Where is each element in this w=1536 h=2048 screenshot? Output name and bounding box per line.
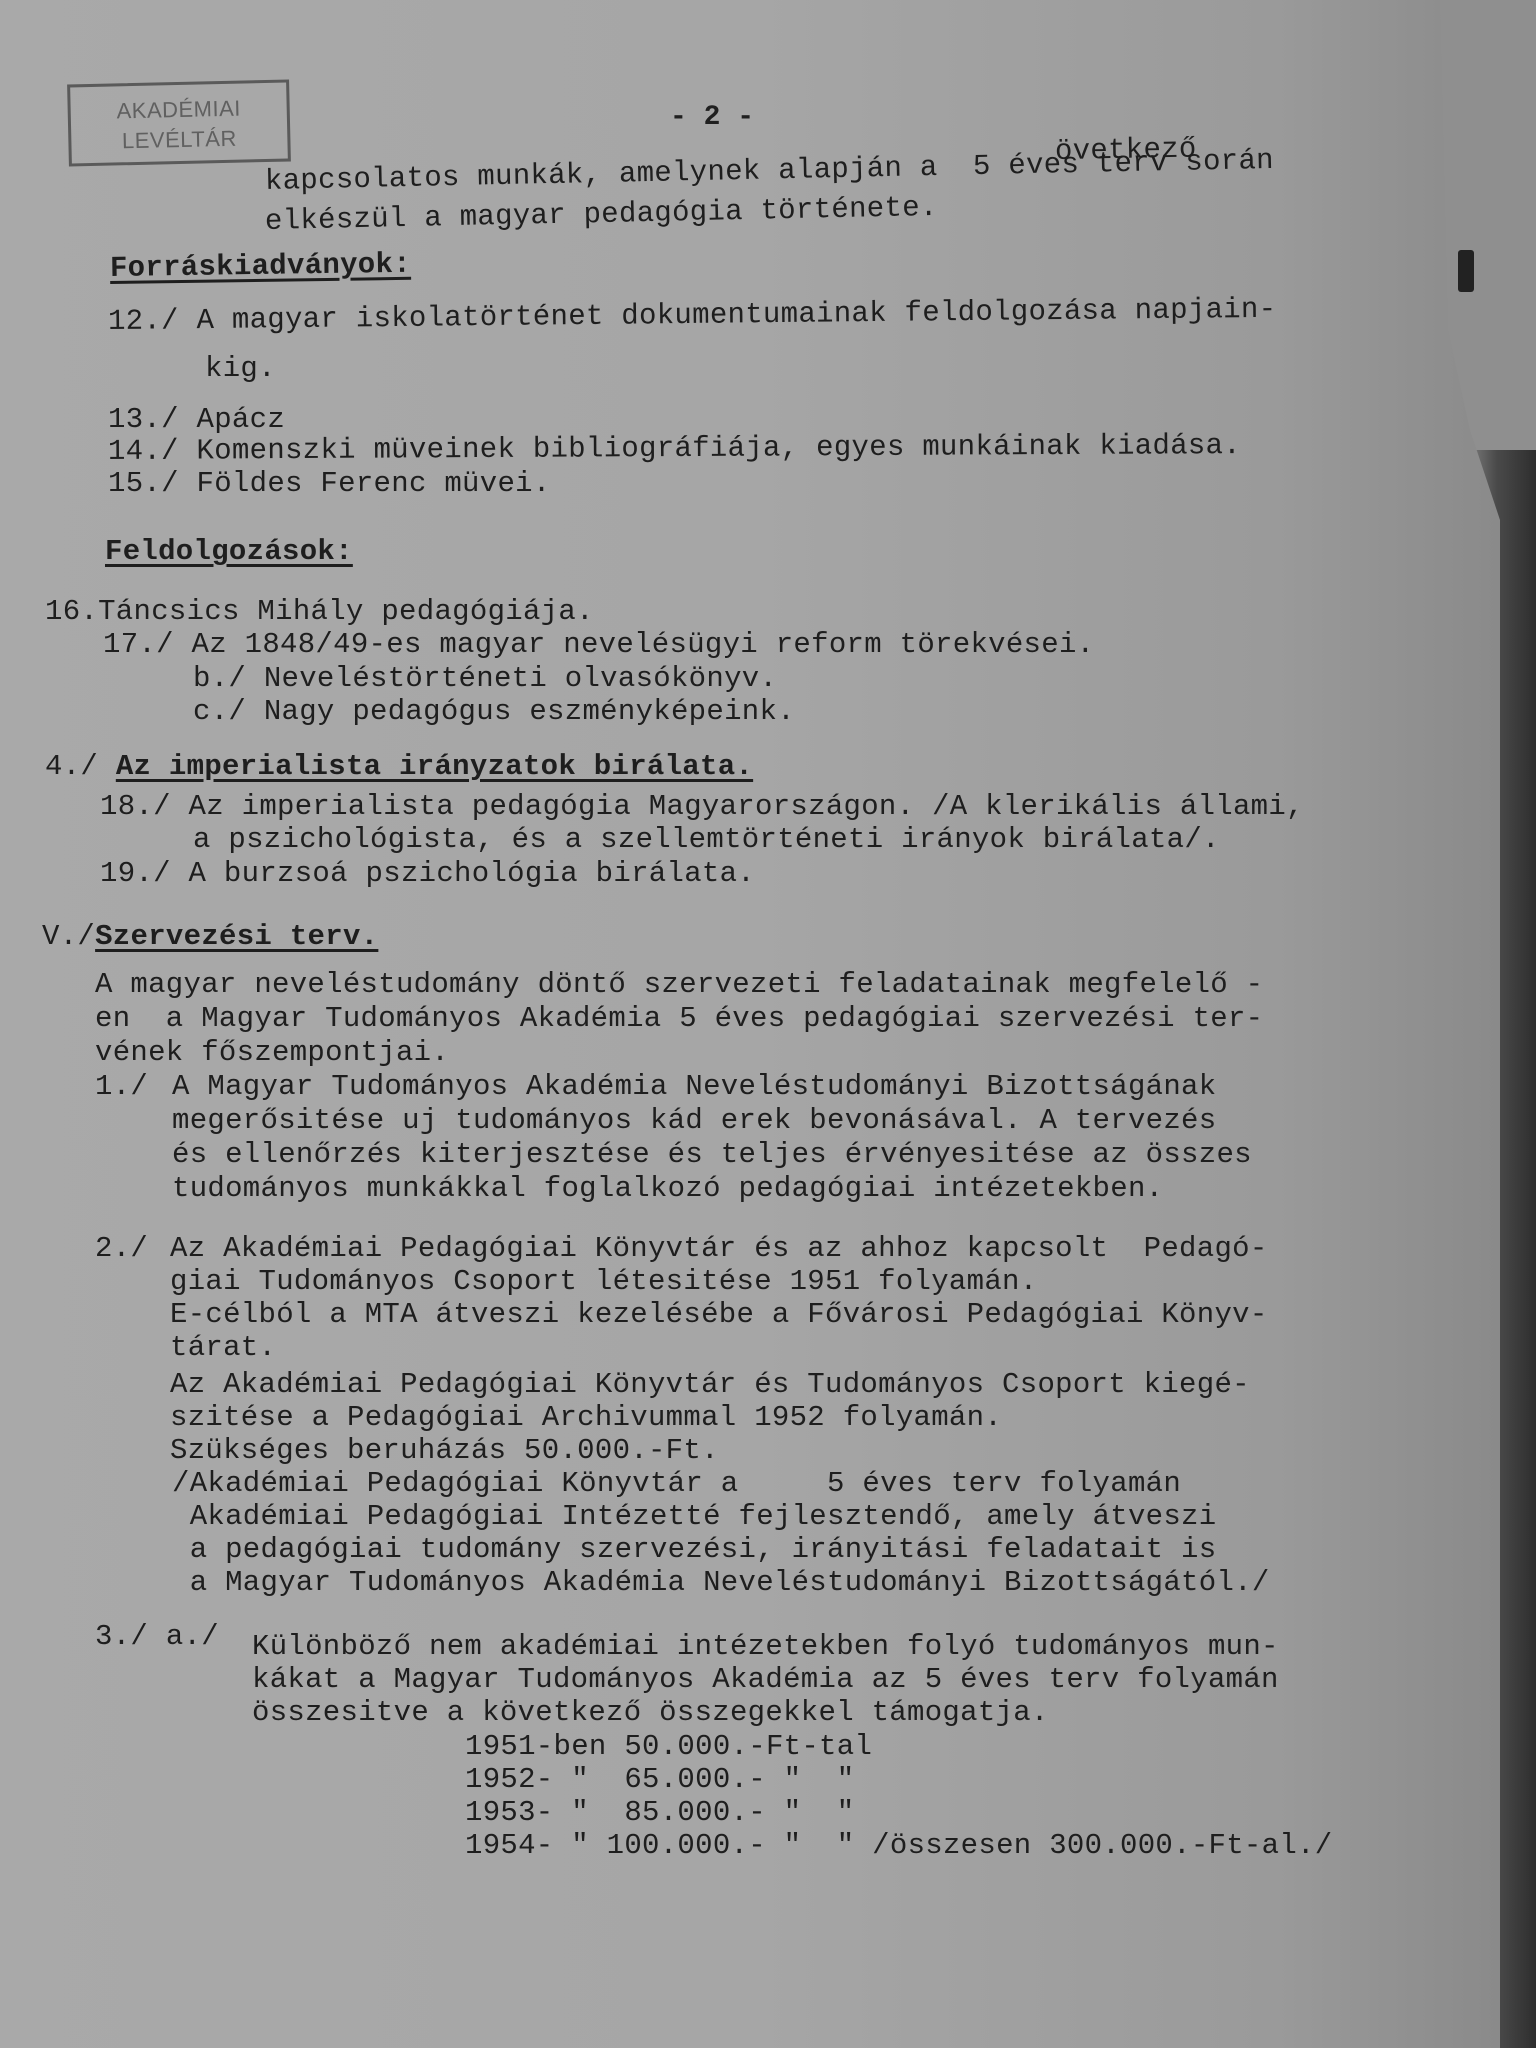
archive-stamp: AKADÉMIAI LEVÉLTÁR <box>67 79 291 166</box>
list-item-14: 14./ Komenszki müveinek bibliográfiája, … <box>108 429 1241 468</box>
list-item-17b: b./ Neveléstörténeti olvasókönyv. <box>193 662 777 695</box>
point-2-line-8: /Akadémiai Pedagógiai Könyvtár a 5 éves … <box>172 1467 1181 1500</box>
point-1-line-1: A Magyar Tudományos Akadémia Neveléstudo… <box>172 1070 1216 1103</box>
typewritten-page: AKADÉMIAI LEVÉLTÁR - 2 - övetkező kapcso… <box>0 0 1500 2048</box>
funding-row-1951: 1951-ben 50.000.-Ft-tal <box>465 1730 872 1763</box>
point-2-line-1: Az Akadémiai Pedagógiai Könyvtár és az a… <box>170 1232 1268 1265</box>
point-2-line-6: szitése a Pedagógiai Archivummal 1952 fo… <box>170 1401 1002 1434</box>
list-item-18: 18./ Az imperialista pedagógia Magyarors… <box>100 790 1304 823</box>
point-2-line-5: Az Akadémiai Pedagógiai Könyvtár és Tudo… <box>170 1368 1250 1401</box>
funding-row-1954: 1954- " 100.000.- " " /összesen 300.000.… <box>465 1829 1332 1862</box>
intro-line-2: elkészül a magyar pedagógia története. <box>265 191 938 238</box>
point-2-line-4: tárat. <box>170 1331 276 1364</box>
szervezesi-intro-2: en a Magyar Tudományos Akadémia 5 éves p… <box>95 1002 1263 1035</box>
point-1-line-3: és ellenőrzés kiterjesztése és teljes ér… <box>172 1138 1252 1171</box>
point-1-num: 1./ <box>95 1070 148 1103</box>
point-3-line-2: kákat a Magyar Tudományos Akadémia az 5 … <box>252 1663 1279 1696</box>
list-item-13: 13./ Apácz <box>108 403 285 436</box>
point-2-line-2: giai Tudományos Csoport létesitése 1951 … <box>170 1265 1037 1298</box>
point-2-line-11: a Magyar Tudományos Akadémia Neveléstudo… <box>172 1566 1270 1599</box>
funding-row-1953: 1953- " 85.000.- " " <box>465 1796 854 1829</box>
list-item-19: 19./ A burzsoá pszichológia birálata. <box>100 857 755 890</box>
paper-clip-icon <box>1458 250 1474 292</box>
stamp-line-1: AKADÉMIAI <box>70 93 287 128</box>
page-number: - 2 - <box>670 102 754 133</box>
funding-row-1952: 1952- " 65.000.- " " <box>465 1763 854 1796</box>
section-4-heading: 4./ Az imperialista irányzatok birálata. <box>45 750 753 783</box>
szervezesi-intro-3: vének főszempontjai. <box>95 1036 449 1069</box>
point-2-num: 2./ <box>95 1232 148 1265</box>
heading-forraskiadvanyok: Forráskiadványok: <box>110 248 411 285</box>
point-2-line-10: a pedagógiai tudomány szervezési, irányi… <box>172 1533 1216 1566</box>
point-2-line-3: E-célból a MTA átveszi kezelésébe a Fővá… <box>170 1298 1268 1331</box>
list-item-18-cont: a pszichológista, és a szellemtörténeti … <box>193 823 1220 856</box>
szervezesi-intro-1: A magyar neveléstudomány döntő szervezet… <box>95 968 1263 1001</box>
list-item-12: 12./ A magyar iskolatörténet dokumentuma… <box>108 293 1277 338</box>
point-3-line-3: összesitve a következő összegekkel támog… <box>252 1696 1049 1729</box>
point-3-line-1: Különböző nem akadémiai intézetekben fol… <box>252 1630 1279 1663</box>
heading-feldolgozasok: Feldolgozások: <box>105 535 353 568</box>
section-v-heading: V./Szervezési terv. <box>42 920 378 953</box>
list-item-17c: c./ Nagy pedagógus eszményképeink. <box>193 695 795 728</box>
point-1-line-2: megerősitése uj tudományos kád erek bevo… <box>172 1104 1216 1137</box>
point-1-line-4: tudományos munkákkal foglalkozó pedagógi… <box>172 1172 1163 1205</box>
point-3-num: 3./ a./ <box>95 1620 219 1653</box>
intro-line-1: kapcsolatos munkák, amelynek alapján a 5… <box>265 144 1275 198</box>
point-2-line-9: Akadémiai Pedagógiai Intézetté fejleszte… <box>172 1500 1216 1533</box>
list-item-17: 17./ Az 1848/49-es magyar nevelésügyi re… <box>103 628 1094 661</box>
list-item-15: 15./ Földes Ferenc müvei. <box>108 467 551 500</box>
stamp-line-2: LEVÉLTÁR <box>71 123 288 158</box>
list-item-16: 16.Táncsics Mihály pedagógiája. <box>45 595 594 628</box>
list-item-12-cont: kig. <box>205 352 276 385</box>
point-2-line-7: Szükséges beruházás 50.000.-Ft. <box>170 1434 719 1467</box>
